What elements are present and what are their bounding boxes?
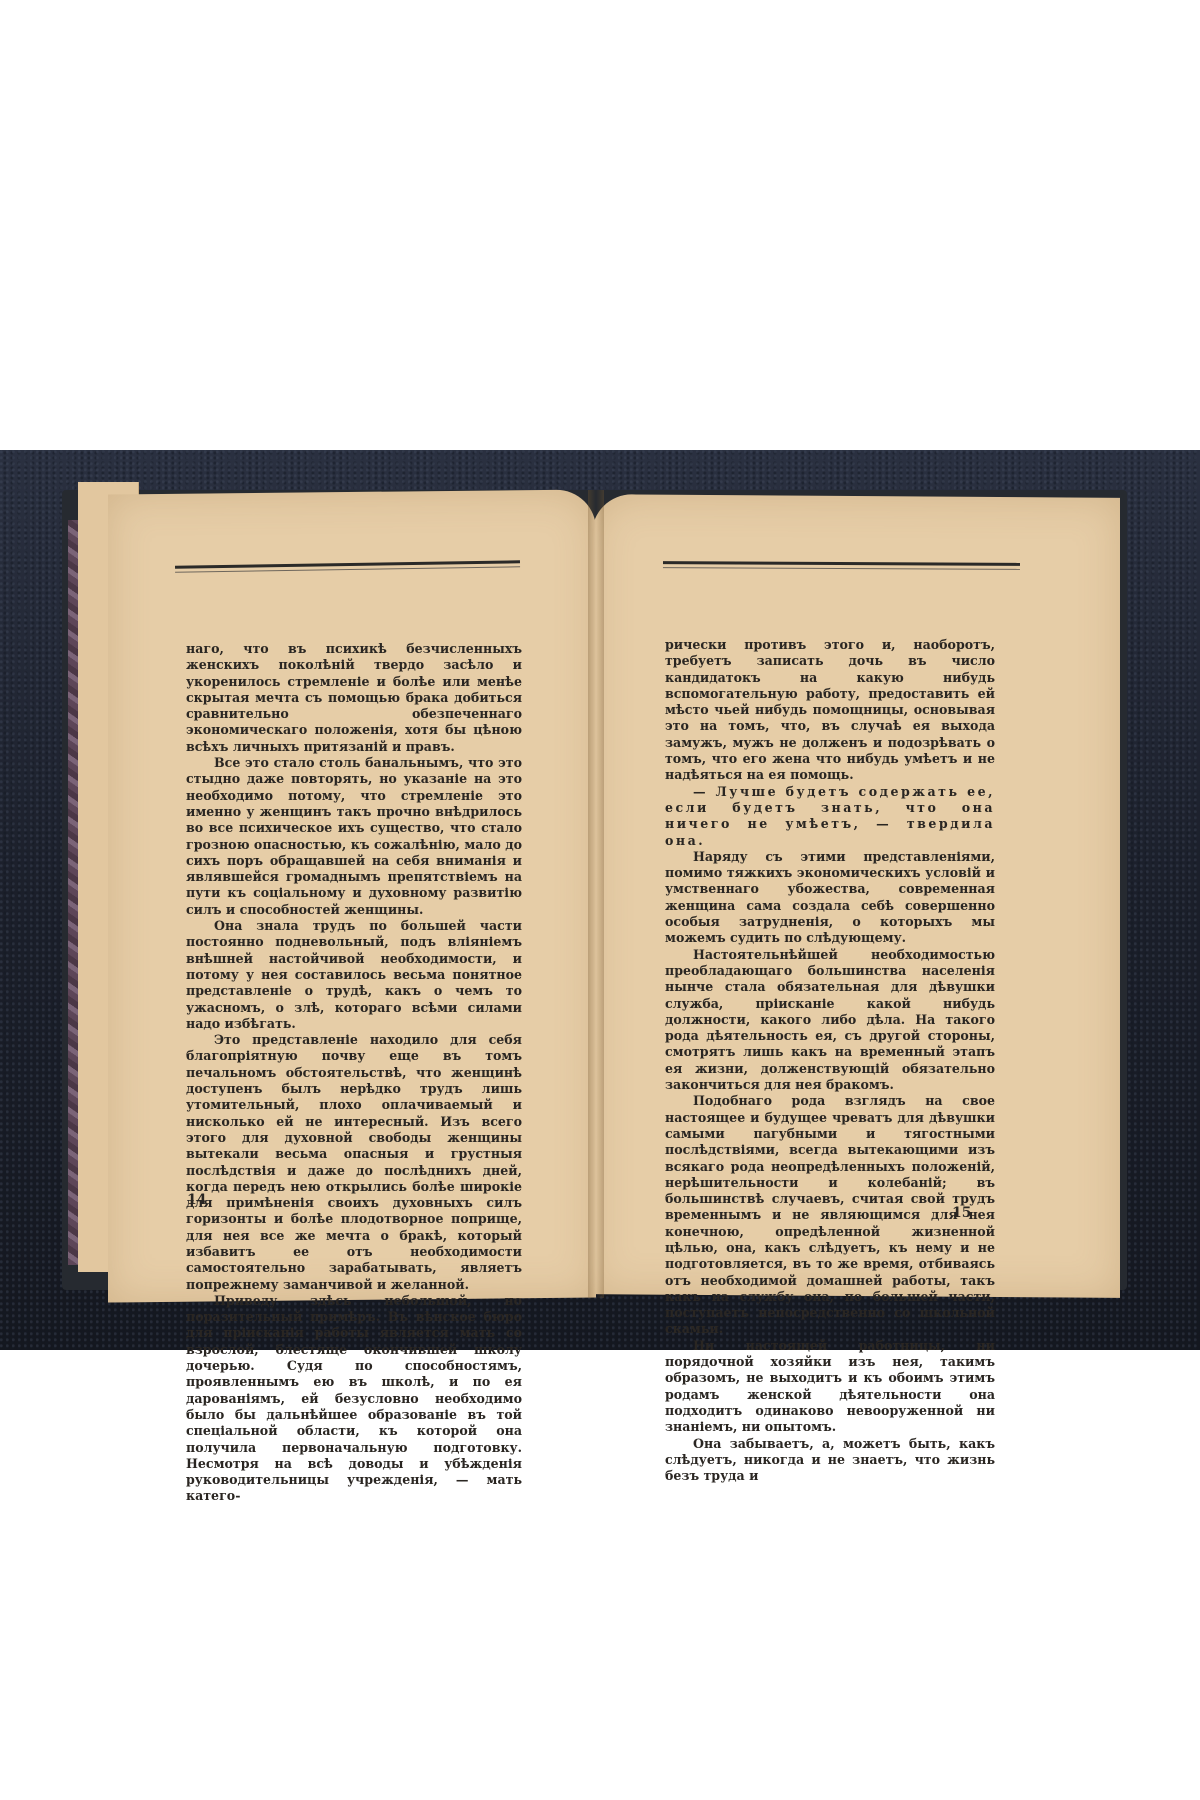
right-page-text: рически противъ этого и, наоборотъ, треб… [665, 637, 995, 1484]
paragraph: рически противъ этого и, наоборотъ, треб… [665, 637, 995, 784]
paragraph: Подобнаго рода взглядъ на свое настоящее… [665, 1093, 995, 1337]
book-gutter [588, 490, 604, 1298]
paragraph: Все это стало столь банальнымъ, что это … [186, 755, 522, 918]
paragraph: Это представленіе находило для себя благ… [186, 1032, 522, 1293]
paragraph: Наряду съ этими представленіями, помимо … [665, 849, 995, 947]
paragraph: Она знала трудъ по большей части постоян… [186, 918, 522, 1032]
paragraph: Настоятельнѣйшей необходимостью преоблад… [665, 947, 995, 1094]
paragraph: Приведу здѣсь небольшой, но поразительны… [186, 1293, 522, 1505]
quoted-speech: — Лучше будетъ содержать ее, если будетъ… [665, 784, 995, 849]
page-number-left: 14 [187, 1192, 206, 1208]
paragraph: Она забываетъ, а, можетъ быть, какъ слѣд… [665, 1436, 995, 1485]
paragraph: наго, что въ психикѣ безчисленныхъ женск… [186, 641, 522, 755]
left-page-text: наго, что въ психикѣ безчисленныхъ женск… [186, 641, 522, 1505]
page-number-right: 15 [952, 1205, 971, 1221]
paragraph: Ни настоящей работницы, ни порядочной хо… [665, 1338, 995, 1436]
